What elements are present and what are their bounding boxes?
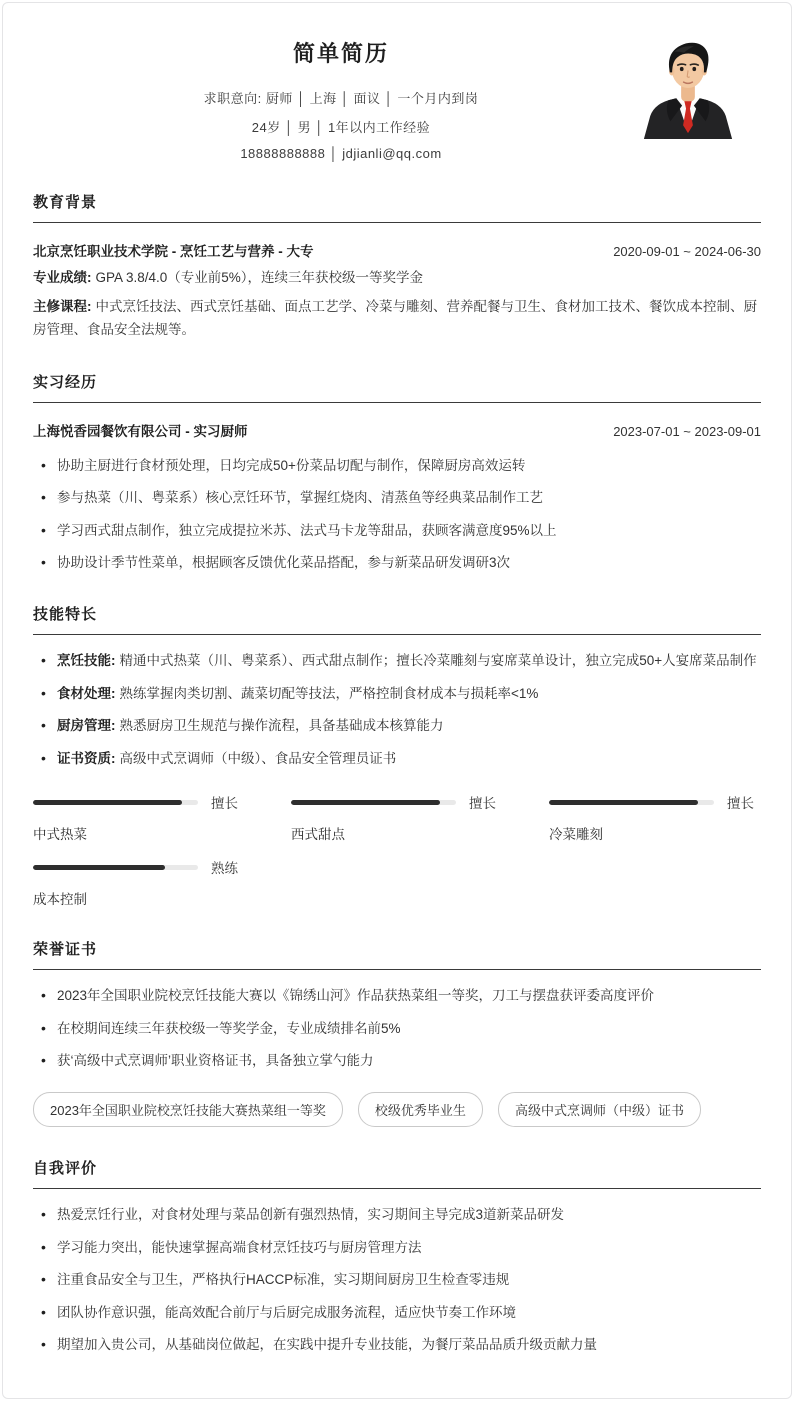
skill-bar-name: 中式热菜 (33, 823, 245, 843)
page-title: 简单简历 (33, 37, 649, 68)
skill-bullet: 烹饪技能:精通中式热菜（川、粤菜系）、西式甜点制作；擅长冷菜雕刻与宴席菜单设计，… (41, 651, 761, 671)
skill-bar-item: 擅长 冷菜雕刻 (549, 792, 761, 843)
skill-bar-item: 熟练 成本控制 (33, 857, 245, 908)
education-date-range: 2020-09-01 ~ 2024-06-30 (613, 244, 761, 259)
detail-label: 主修课程: (33, 299, 92, 314)
self-evaluation-bullet: 期望加入贵公司，从基础岗位做起，在实践中提升专业技能，为餐厅菜品品质升级贡献力量 (41, 1335, 761, 1355)
section-title-education: 教育背景 (33, 191, 761, 223)
self-evaluation-bullet: 注重食品安全与卫生，严格执行HACCP标准，实习期间厨房卫生检查零违规 (41, 1270, 761, 1290)
profile-photo (639, 37, 737, 139)
internship-bullet: 参与热菜（川、粤菜系）核心烹饪环节，掌握红烧肉、清蒸鱼等经典菜品制作工艺 (41, 488, 761, 508)
skill-bar-track (291, 800, 456, 805)
company-name: 上海悦香园餐饮有限公司 - 实习厨师 (33, 420, 248, 440)
detail-label: 专业成绩: (33, 270, 92, 285)
honor-bullet: 获‘高级中式烹调师’职业资格证书，具备独立掌勺能力 (41, 1051, 761, 1071)
self-evaluation-bullet-list: 热爱烹饪行业，对食材处理与菜品创新有强烈热情，实习期间主导完成3道新菜品研发 学… (33, 1205, 761, 1355)
contact-line: 18888888888 │ jdjianli@qq.com (33, 146, 649, 161)
skill-label: 厨房管理: (57, 718, 116, 733)
skills-bullet-list: 烹饪技能:精通中式热菜（川、粤菜系）、西式甜点制作；擅长冷菜雕刻与宴席菜单设计，… (33, 651, 761, 768)
self-evaluation-bullet: 学习能力突出，能快速掌握高端食材烹饪技巧与厨房管理方法 (41, 1238, 761, 1258)
skill-level-label: 擅长 (727, 792, 754, 812)
skill-bar-name: 冷菜雕刻 (549, 823, 761, 843)
internship-date-range: 2023-07-01 ~ 2023-09-01 (613, 424, 761, 439)
internship-bullet-list: 协助主厨进行食材预处理，日均完成50+份菜品切配与制作，保障厨房高效运转 参与热… (33, 456, 761, 573)
education-detail-rows: 专业成绩:GPA 3.8/4.0（专业前5%），连续三年获校级一等奖学金 主修课… (33, 267, 761, 341)
self-evaluation-bullet: 团队协作意识强，能高效配合前厅与后厨完成服务流程，适应快节奏工作环境 (41, 1303, 761, 1323)
honor-bullet: 在校期间连续三年获校级一等奖学金，专业成绩排名前5% (41, 1019, 761, 1039)
school-name: 北京烹饪职业技术学院 - 烹饪工艺与营养 - 大专 (33, 240, 314, 260)
skill-bar-track (549, 800, 714, 805)
skill-level-label: 熟练 (211, 857, 238, 877)
skill-bar-fill (33, 865, 165, 870)
skill-level-label: 擅长 (211, 792, 238, 812)
skill-bar-fill (291, 800, 440, 805)
honor-tag: 高级中式烹调师（中级）证书 (498, 1092, 701, 1127)
skill-level-label: 擅长 (469, 792, 496, 812)
honor-bullet: 2023年全国职业院校烹饪技能大赛以《锦绣山河》作品获热菜组一等奖，刀工与摆盘获… (41, 986, 761, 1006)
skill-label: 证书资质: (57, 751, 116, 766)
honor-tag-list: 2023年全国职业院校烹饪技能大赛热菜组一等奖 校级优秀毕业生 高级中式烹调师（… (33, 1092, 761, 1127)
skill-label: 食材处理: (57, 686, 116, 701)
skill-bar-track (33, 800, 198, 805)
internship-bullet: 协助主厨进行食材预处理，日均完成50+份菜品切配与制作，保障厨房高效运转 (41, 456, 761, 476)
personal-info-line: 24岁 │ 男 │ 1年以内工作经验 (33, 117, 649, 136)
resume-page: 简单简历 求职意向: 厨师 │ 上海 │ 面议 │ 一个月内到岗 24岁 │ 男… (2, 2, 792, 1399)
skill-text: 高级中式烹调师（中级）、食品安全管理员证书 (120, 751, 397, 766)
honors-bullet-list: 2023年全国职业院校烹饪技能大赛以《锦绣山河》作品获热菜组一等奖，刀工与摆盘获… (33, 986, 761, 1071)
section-education: 教育背景 北京烹饪职业技术学院 - 烹饪工艺与营养 - 大专 2020-09-0… (33, 191, 761, 341)
honor-tag: 2023年全国职业院校烹饪技能大赛热菜组一等奖 (33, 1092, 343, 1127)
skill-bar-name: 西式甜点 (291, 823, 503, 843)
section-honors: 荣誉证书 2023年全国职业院校烹饪技能大赛以《锦绣山河》作品获热菜组一等奖，刀… (33, 938, 761, 1127)
section-title-internship: 实习经历 (33, 371, 761, 403)
skill-bars: 擅长 中式热菜 擅长 西式甜点 (33, 792, 761, 908)
skill-bullet: 食材处理:熟练掌握肉类切割、蔬菜切配等技法，严格控制食材成本与损耗率<1% (41, 684, 761, 704)
internship-bullet: 协助设计季节性菜单，根据顾客反馈优化菜品搭配，参与新菜品研发调研3次 (41, 553, 761, 573)
skill-label: 烹饪技能: (57, 653, 116, 668)
section-title-skills: 技能特长 (33, 603, 761, 635)
skill-text: 熟悉厨房卫生规范与操作流程，具备基础成本核算能力 (120, 718, 444, 733)
section-self-evaluation: 自我评价 热爱烹饪行业，对食材处理与菜品创新有强烈热情，实习期间主导完成3道新菜… (33, 1157, 761, 1355)
detail-text: GPA 3.8/4.0（专业前5%），连续三年获校级一等奖学金 (96, 270, 424, 285)
skill-bullet: 厨房管理:熟悉厨房卫生规范与操作流程，具备基础成本核算能力 (41, 716, 761, 736)
section-title-self-evaluation: 自我评价 (33, 1157, 761, 1189)
skill-text: 精通中式热菜（川、粤菜系）、西式甜点制作；擅长冷菜雕刻与宴席菜单设计，独立完成5… (120, 653, 757, 668)
section-title-honors: 荣誉证书 (33, 938, 761, 970)
skill-bar-name: 成本控制 (33, 888, 245, 908)
header-text-block: 简单简历 求职意向: 厨师 │ 上海 │ 面议 │ 一个月内到岗 24岁 │ 男… (33, 37, 649, 161)
skill-bar-fill (549, 800, 698, 805)
skill-bullet: 证书资质:高级中式烹调师（中级）、食品安全管理员证书 (41, 749, 761, 769)
honor-tag: 校级优秀毕业生 (358, 1092, 483, 1127)
skill-bar-item: 擅长 中式热菜 (33, 792, 245, 843)
skill-bar-fill (33, 800, 182, 805)
skill-text: 熟练掌握肉类切割、蔬菜切配等技法，严格控制食材成本与损耗率<1% (120, 686, 539, 701)
internship-bullet: 学习西式甜点制作，独立完成提拉米苏、法式马卡龙等甜品，获顾客满意度95%以上 (41, 521, 761, 541)
self-evaluation-bullet: 热爱烹饪行业，对食材处理与菜品创新有强烈热情，实习期间主导完成3道新菜品研发 (41, 1205, 761, 1225)
resume-header: 简单简历 求职意向: 厨师 │ 上海 │ 面议 │ 一个月内到岗 24岁 │ 男… (33, 37, 761, 161)
skill-bar-item: 擅长 西式甜点 (291, 792, 503, 843)
section-internship: 实习经历 上海悦香园餐饮有限公司 - 实习厨师 2023-07-01 ~ 202… (33, 371, 761, 573)
education-detail-row: 专业成绩:GPA 3.8/4.0（专业前5%），连续三年获校级一等奖学金 (33, 267, 761, 289)
detail-text: 中式烹饪技法、西式烹饪基础、面点工艺学、冷菜与雕刻、营养配餐与卫生、食材加工技术… (33, 299, 757, 336)
section-skills: 技能特长 烹饪技能:精通中式热菜（川、粤菜系）、西式甜点制作；擅长冷菜雕刻与宴席… (33, 603, 761, 908)
skill-bar-track (33, 865, 198, 870)
education-detail-row: 主修课程:中式烹饪技法、西式烹饪基础、面点工艺学、冷菜与雕刻、营养配餐与卫生、食… (33, 296, 761, 341)
job-intent-line: 求职意向: 厨师 │ 上海 │ 面议 │ 一个月内到岗 (33, 88, 649, 107)
